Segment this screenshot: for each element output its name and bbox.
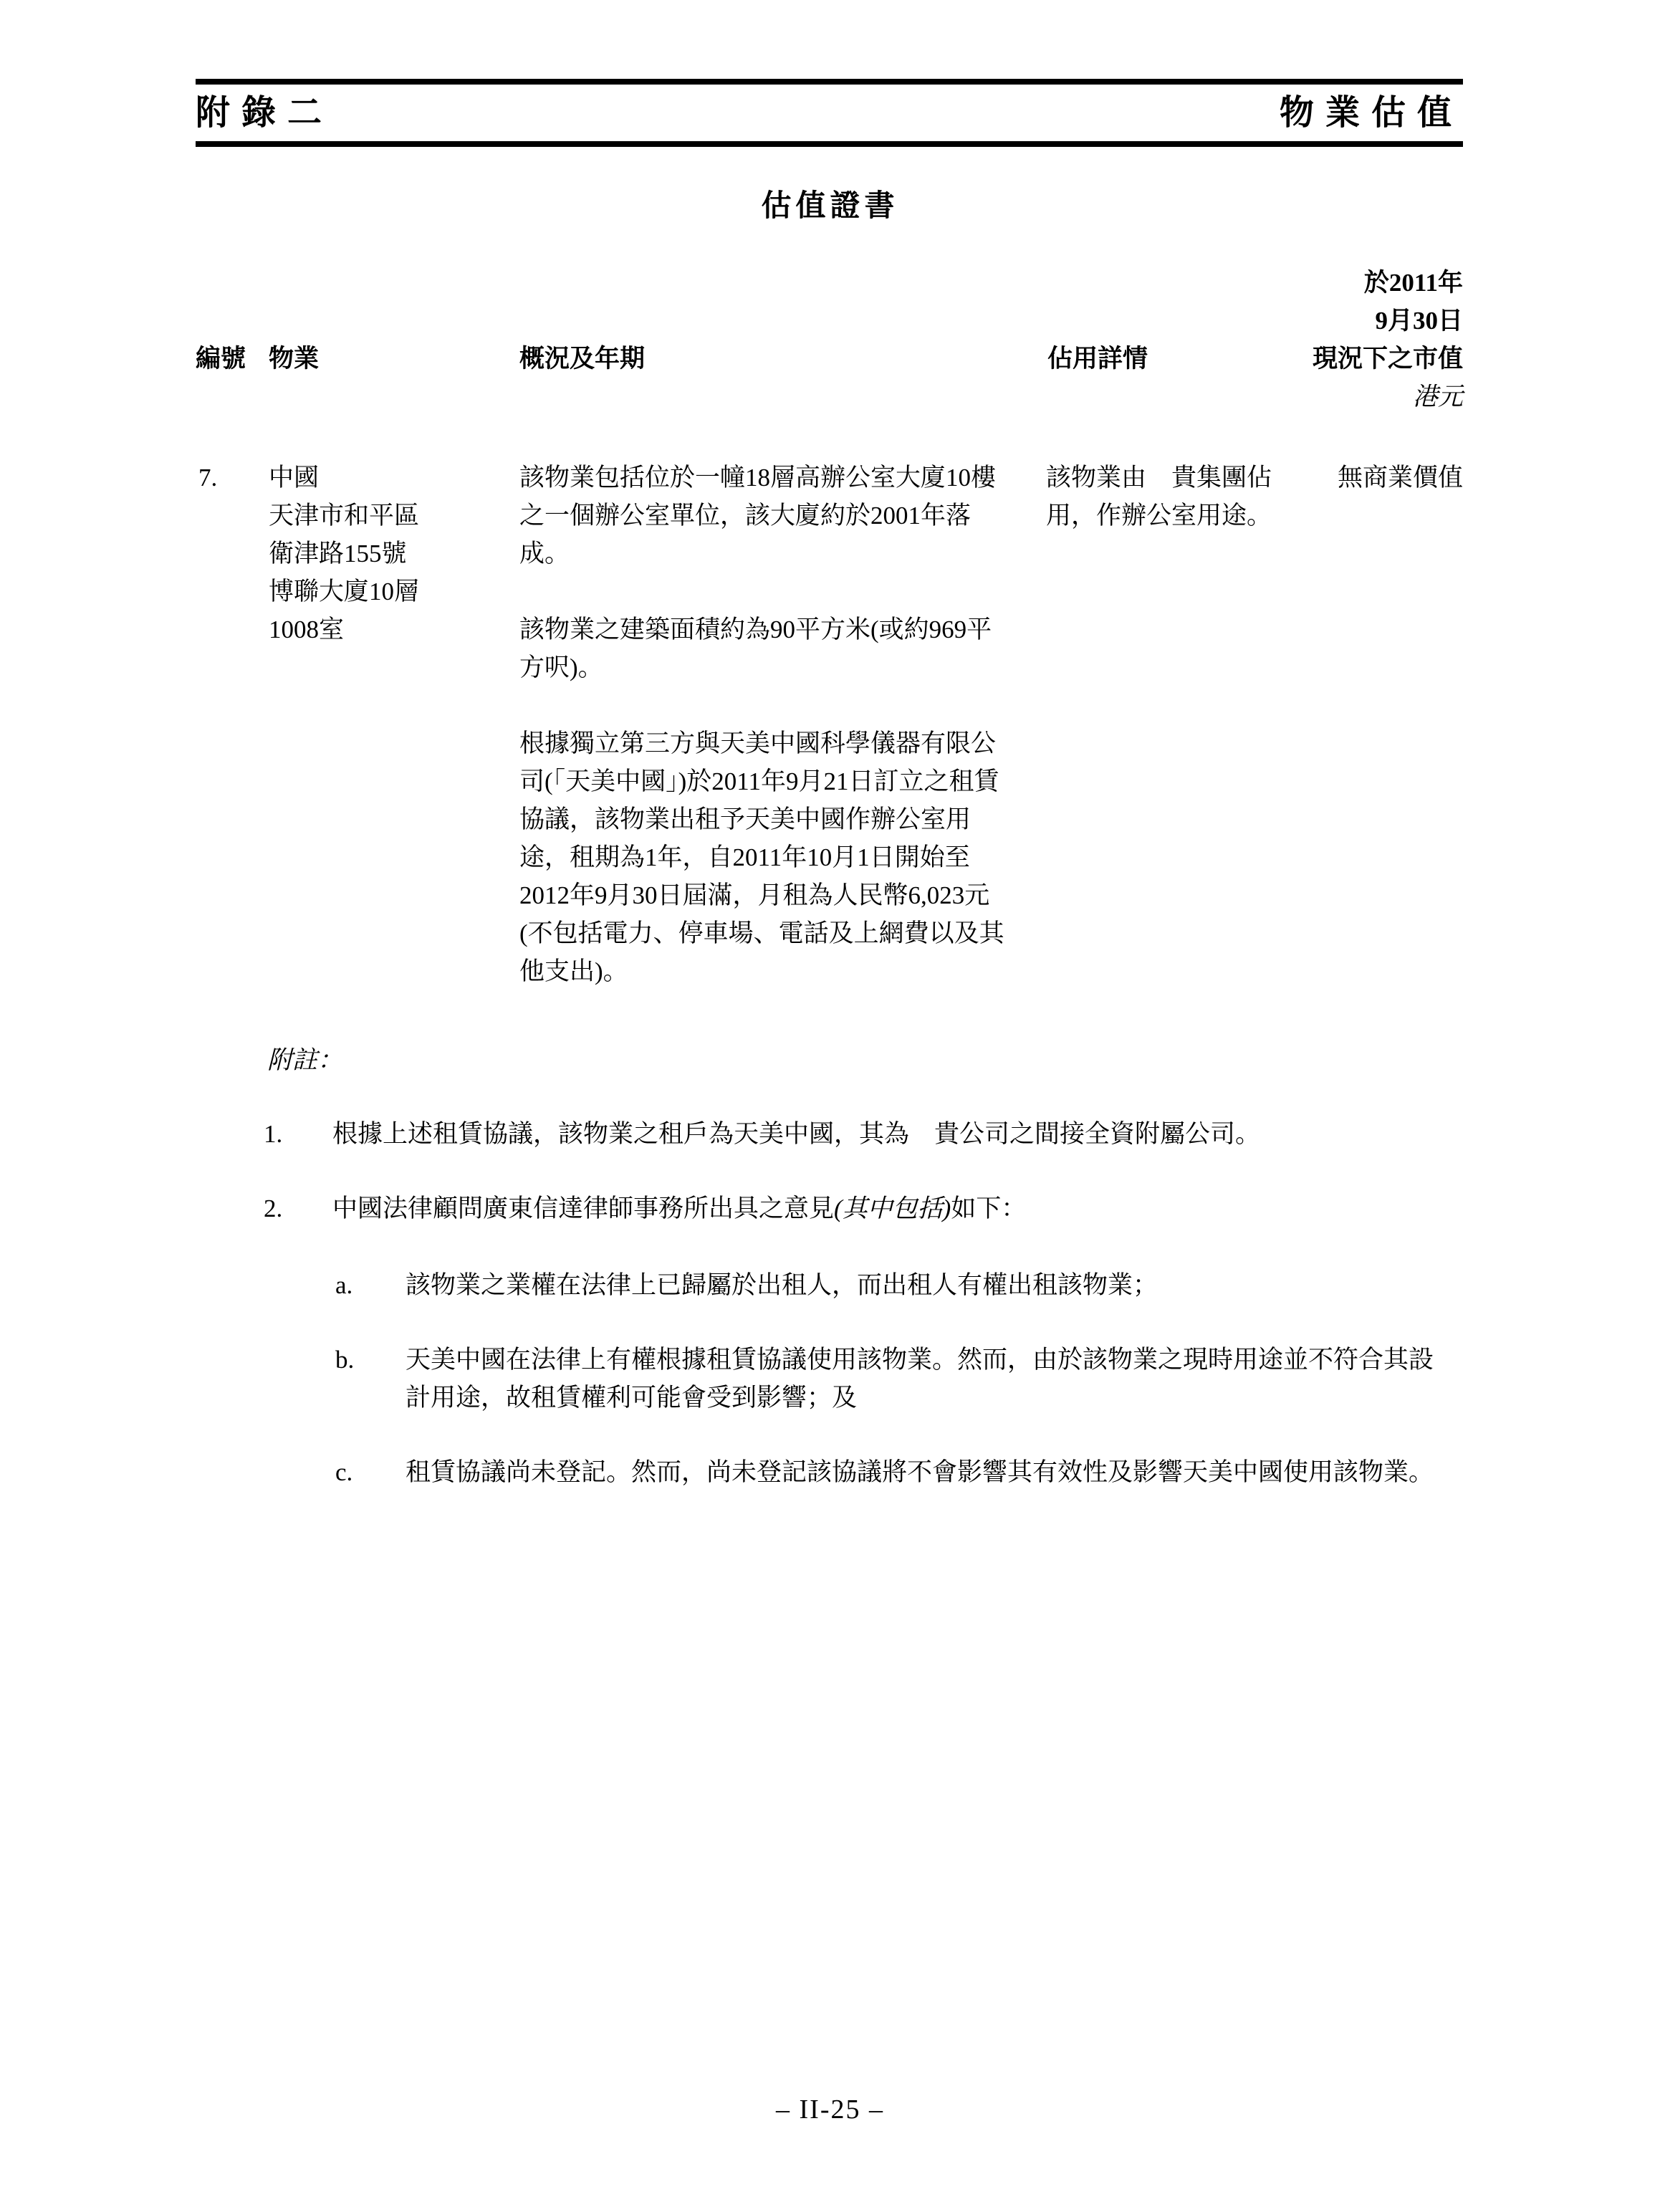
appendix-title-left: 附錄二 — [196, 96, 333, 130]
col-header-property: 物業 — [269, 340, 319, 378]
row-market-value: 無商業價值 — [1338, 459, 1463, 497]
description-paragraph-3: 根據獨立第三方與天美中國科學儀器有限公 司(「天美中國」)於2011年9月21日… — [519, 724, 1004, 990]
note-1-text: 根據上述租賃協議，該物業之租戶為天美中國，其為 貴公司之間接全資附屬公司。 — [332, 1115, 1260, 1153]
col-header-occupancy: 佔用詳情 — [1047, 340, 1148, 378]
valuation-certificate-page: 附錄二 物業估值 估值證書 於2011年 9月30日 現況下之市值 港元 編號 … — [0, 0, 1660, 2212]
row-number: 7. — [198, 459, 217, 497]
subitem-a-letter: a. — [335, 1266, 352, 1304]
description-paragraph-1: 該物業包括位於一幢18層高辦公室大廈10樓 之一個辦公室單位，該大廈約於2001… — [519, 459, 1004, 573]
subitem-b-text: 天美中國在法律上有權根據租賃協議使用該物業。然而，由於該物業之現時用途並不符合其… — [406, 1341, 1434, 1417]
row-occupancy: 該物業由 貴集團佔 用，作辦公室用途。 — [1046, 459, 1272, 535]
note-2-number: 2. — [264, 1189, 282, 1227]
row-property-address: 中國 天津市和平區 衛津路155號 博聯大廈10層 1008室 — [269, 459, 419, 648]
value-date-line-2: 9月30日 — [1375, 302, 1463, 340]
col-header-description: 概況及年期 — [519, 340, 645, 378]
note-2-text-prefix: 中國法律顧問廣東信達律師事務所出具之意見 — [332, 1194, 834, 1222]
subitem-c-text: 租賃協議尚未登記。然而，尚未登記該協議將不會影響其有效性及影響天美中國使用該物業… — [406, 1453, 1434, 1491]
col-header-market-value: 現況下之市值 — [1313, 340, 1463, 378]
page-header: 附錄二 物業估值 — [196, 79, 1463, 147]
appendix-title-right: 物業估值 — [1280, 96, 1463, 130]
row-description: 該物業包括位於一幢18層高辦公室大廈10樓 之一個辦公室單位，該大廈約於2001… — [519, 459, 1004, 1028]
note-2-text-italic: (其中包括) — [834, 1194, 951, 1222]
subitem-a-text: 該物業之業權在法律上已歸屬於出租人，而出租人有權出租該物業； — [406, 1266, 1158, 1304]
subitem-b-letter: b. — [335, 1341, 354, 1379]
note-2-text-suffix: 如下： — [951, 1194, 1026, 1222]
value-date-line-1: 於2011年 — [1364, 264, 1463, 302]
note-1-number: 1. — [264, 1115, 282, 1153]
description-paragraph-2: 該物業之建築面積約為90平方米(或約969平 方呎)。 — [519, 611, 1004, 686]
subitem-c-letter: c. — [335, 1453, 352, 1491]
document-title: 估值證書 — [0, 182, 1660, 225]
currency-label: 港元 — [1413, 378, 1463, 416]
note-2-text: 中國法律顧問廣東信達律師事務所出具之意見(其中包括)如下： — [332, 1189, 1026, 1227]
notes-label: 附註： — [267, 1041, 342, 1079]
col-header-no: 編號 — [196, 340, 246, 378]
footer-page-number: – II-25 – — [0, 2094, 1660, 2125]
